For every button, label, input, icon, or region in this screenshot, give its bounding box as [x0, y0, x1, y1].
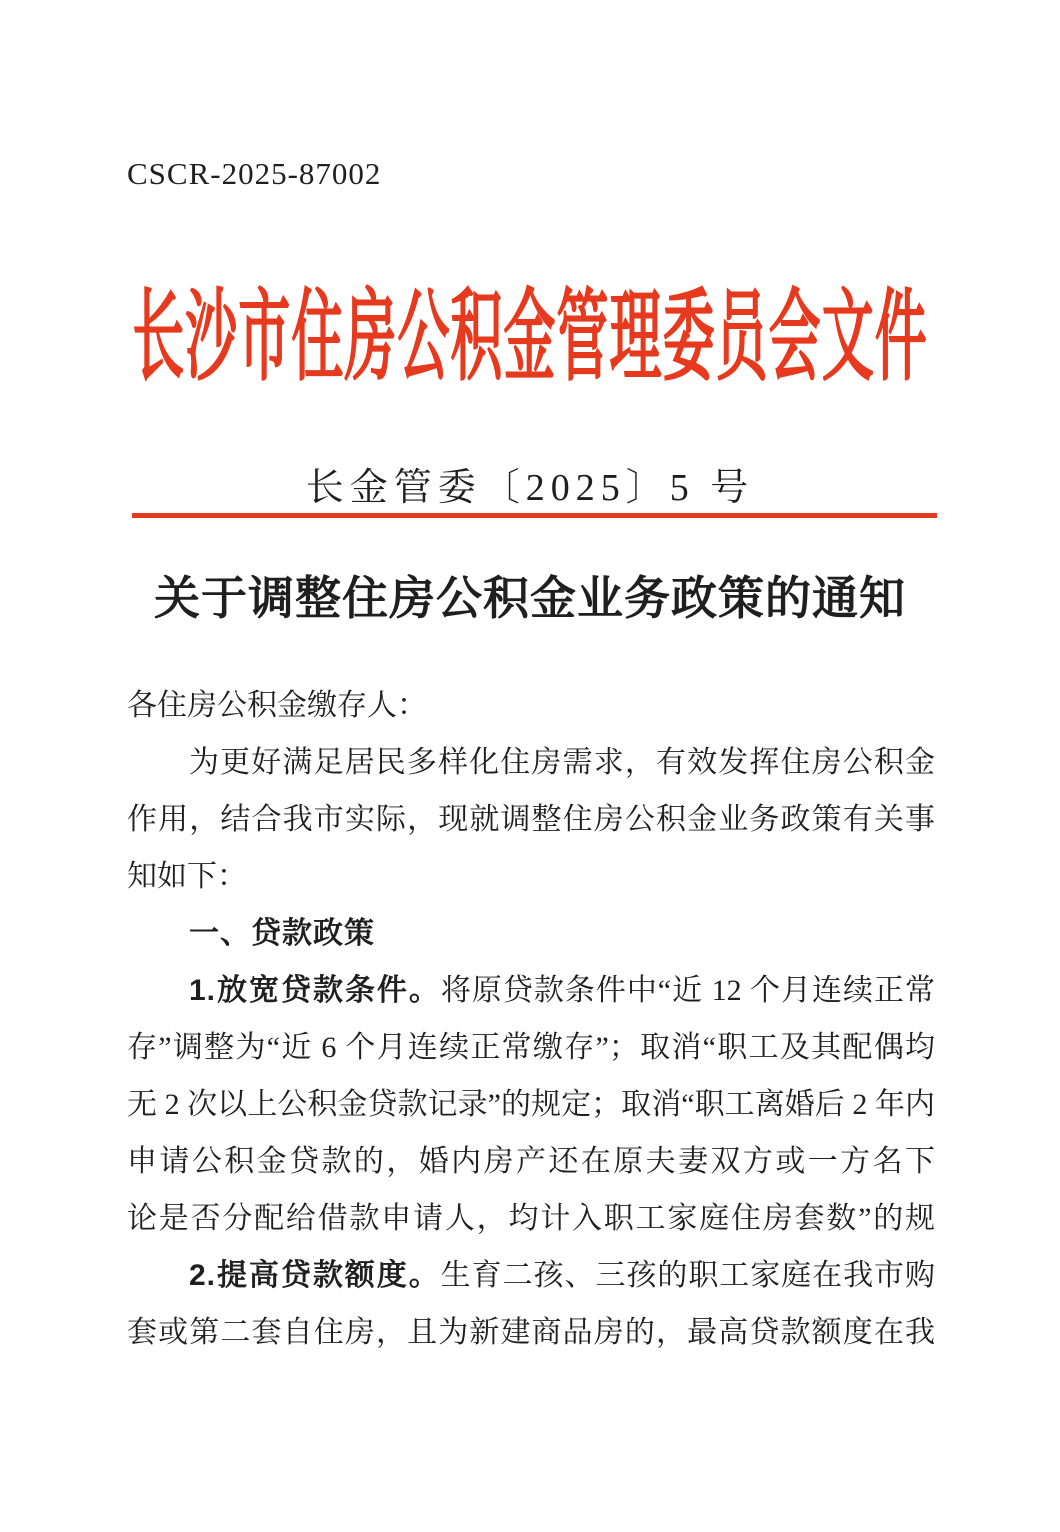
item1-line-2: 存”调整为“近 6 个月连续正常缴存”；取消“职工及其配偶均 — [127, 1019, 935, 1076]
intro-line-2: 作用，结合我市实际，现就调整住房公积金业务政策有关事项通 — [127, 791, 935, 848]
doc-number: 长金管委〔2025〕5 号 — [306, 467, 755, 509]
red-divider-rule — [132, 513, 937, 518]
notice-title-row: 关于调整住房公积金业务政策的通知 — [0, 562, 1060, 628]
agency-masthead-row: 长沙市住房公积金管理委员会文件 — [0, 283, 1060, 393]
salutation-line: 各住房公积金缴存人： — [127, 677, 935, 734]
item1-line-5: 论是否分配给借款申请人，均计入职工家庭住房套数”的规定。 — [127, 1190, 935, 1247]
document-body: 各住房公积金缴存人： 为更好满足居民多样化住房需求，有效发挥住房公积金支持 作用… — [127, 677, 935, 1361]
item1-line-3: 无 2 次以上公积金贷款记录”的规定；取消“职工离婚后 2 年内 — [127, 1076, 935, 1133]
item2-lead: 2.提高贷款额度。 — [189, 1259, 441, 1292]
item1-line-4: 申请公积金贷款的，婚内房产还在原夫妻双方或一方名下的，不 — [127, 1133, 935, 1190]
doc-reference-code: CSCR-2025-87002 — [127, 156, 381, 192]
intro-line-3: 知如下： — [127, 848, 935, 905]
document-page: CSCR-2025-87002 长沙市住房公积金管理委员会文件 长金管委〔202… — [0, 0, 1060, 1532]
item2-line-2: 套或第二套自住房，且为新建商品房的，最高贷款额度在我市现 — [127, 1304, 935, 1361]
intro-line-1: 为更好满足居民多样化住房需求，有效发挥住房公积金支持 — [127, 734, 935, 791]
item1-line-1: 1.放宽贷款条件。将原贷款条件中“近 12 个月连续正常缴 — [127, 962, 935, 1019]
notice-title: 关于调整住房公积金业务政策的通知 — [154, 573, 906, 624]
agency-masthead-title: 长沙市住房公积金管理委员会文件 — [132, 283, 928, 393]
section-heading-loan-policy: 一、贷款政策 — [127, 905, 935, 962]
item2-line-1: 2.提高贷款额度。生育二孩、三孩的职工家庭在我市购买首 — [127, 1247, 935, 1304]
doc-number-row: 长金管委〔2025〕5 号 — [0, 456, 1060, 511]
item1-lead: 1.放宽贷款条件。 — [189, 974, 441, 1007]
